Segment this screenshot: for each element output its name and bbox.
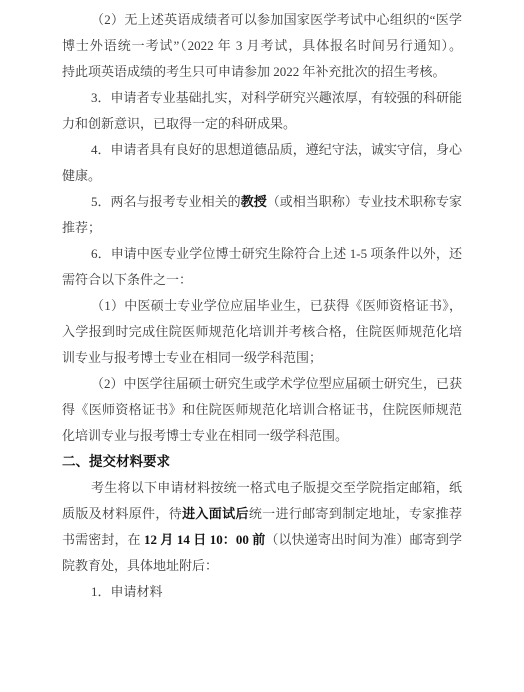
text-line: 推荐；: [62, 215, 462, 241]
text-line: 入学报到时完成住院医师规范化培训并考核合格，住院医师规范化培: [62, 319, 462, 345]
text-segment: 统一进行邮寄到制定地址，专家推荐: [249, 506, 462, 521]
text-line: 3．申请者专业基础扎实，对科学研究兴趣浓厚，有较强的科研能: [62, 85, 462, 111]
text-line: 书需密封，在 12 月 14 日 10：00 前（以快递寄出时间为准）邮寄到学: [62, 527, 462, 553]
text-line: 5．两名与报考专业相关的教授（或相当职称）专业技术职称专家: [62, 189, 462, 215]
text-segment: （或相当职称）专业技术职称专家: [267, 194, 462, 209]
text-line: （2）中医学往届硕士研究生或学术学位型应届硕士研究生，已获: [62, 371, 462, 397]
text-line: 得《医师资格证书》和住院医师规范化培训合格证书，住院医师规范: [62, 397, 462, 423]
text-line: （2）无上述英语成绩者可以参加国家医学考试中心组织的“医学: [62, 7, 462, 33]
text-segment: 书需密封，在: [62, 532, 144, 547]
text-line: 1．申请材料: [62, 579, 462, 605]
text-line: 力和创新意识，已取得一定的科研成果。: [62, 111, 462, 137]
text-line: 考生将以下申请材料按统一格式电子版提交至学院指定邮箱，纸: [62, 475, 462, 501]
section-heading: 二、提交材料要求: [62, 449, 462, 475]
text-line: 质版及材料原件，待进入面试后统一进行邮寄到制定地址，专家推荐: [62, 501, 462, 527]
text-line: 健康。: [62, 163, 462, 189]
text-line: 持此项英语成绩的考生只可申请参加 2022 年补充批次的招生考核。: [62, 59, 462, 85]
text-line: 需符合以下条件之一：: [62, 267, 462, 293]
bold-deadline-text: 12 月 14 日 10：00 前: [144, 532, 265, 547]
text-segment: 质版及材料原件，待: [62, 506, 182, 521]
text-line: 4．申请者具有良好的思想道德品质，遵纪守法，诚实守信，身心: [62, 137, 462, 163]
text-segment: 5．两名与报考专业相关的: [91, 194, 241, 209]
text-line: 院教育处，具体地址附后：: [62, 553, 462, 579]
document-page: （2）无上述英语成绩者可以参加国家医学考试中心组织的“医学 博士外语统一考试”（…: [0, 0, 524, 692]
bold-text-segment: 教授: [241, 194, 267, 209]
text-segment: （以快递寄出时间为准）邮寄到学: [265, 532, 462, 547]
text-line: 训专业与报考博士专业在相同一级学科范围；: [62, 345, 462, 371]
text-line: （1）中医硕士专业学位应届毕业生，已获得《医师资格证书》，: [62, 293, 462, 319]
text-line: 化培训专业与报考博士专业在相同一级学科范围。: [62, 423, 462, 449]
text-line: 博士外语统一考试”（2022 年 3 月考试，具体报名时间另行通知）。: [62, 33, 462, 59]
text-line: 6．申请中医专业学位博士研究生除符合上述 1-5 项条件以外，还: [62, 241, 462, 267]
bold-text-segment: 进入面试后: [182, 506, 249, 521]
